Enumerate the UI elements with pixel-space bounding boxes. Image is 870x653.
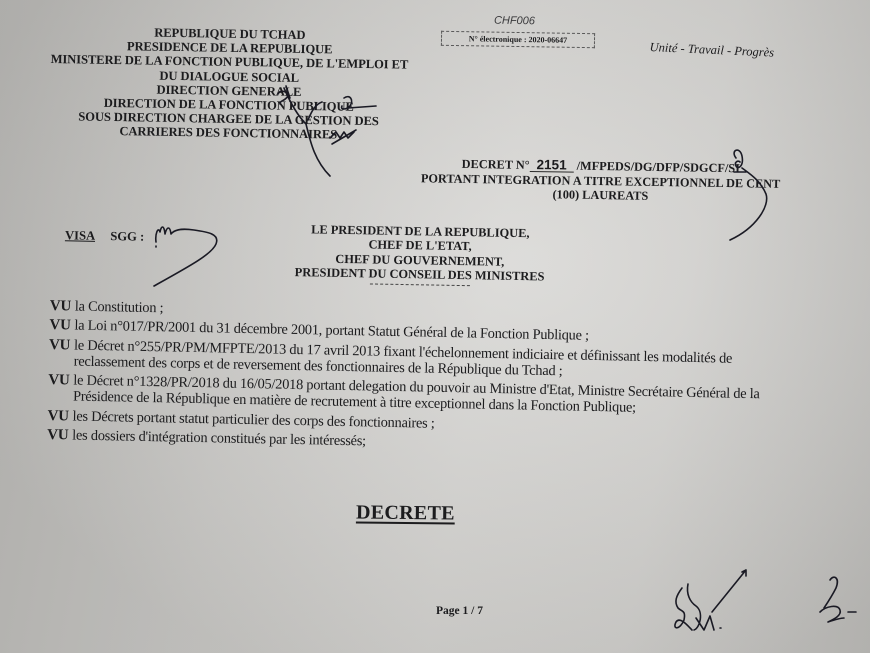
electronic-number-box: N° électronique : 2020-06647 — [441, 31, 595, 48]
president-title-block: LE PRESIDENT DE LA REPUBLIQUE, CHEF DE L… — [287, 222, 553, 288]
visa-sgg: VISA SGG : — [65, 228, 144, 244]
separator-dashes — [369, 284, 469, 287]
header-initials-icon — [270, 80, 380, 180]
decree-reference: /MFPEDS/DG/DFP/SDGCF/SI — [574, 159, 741, 176]
visa-label: VISA — [65, 228, 95, 243]
decree-prefix: DECRET N° — [462, 157, 530, 172]
visa-sgg-signature-icon — [150, 222, 230, 292]
vu-keyword: VU — [47, 408, 72, 425]
decree-number-initials-icon — [720, 148, 780, 243]
vu-keyword: VU — [49, 317, 74, 334]
vu-keyword: VU — [49, 337, 75, 370]
document-code: CHF006 — [494, 15, 535, 28]
sgg-label: SGG : — [110, 229, 144, 244]
footer-initials-right-icon — [812, 572, 862, 632]
vu-keyword: VU — [47, 427, 72, 444]
vu-keyword: VU — [48, 372, 74, 405]
footer-initials-left-icon — [668, 568, 758, 643]
national-motto: Unité - Travail - Progrès — [649, 40, 774, 61]
decrete-heading: DECRETE — [356, 501, 455, 525]
considerations-list: VU la Constitution ; VU la Loi n°017/PR/… — [47, 298, 785, 461]
page-number: Page 1 / 7 — [436, 605, 483, 617]
decree-number: 2151 — [530, 159, 574, 173]
vu-keyword: VU — [50, 298, 75, 315]
